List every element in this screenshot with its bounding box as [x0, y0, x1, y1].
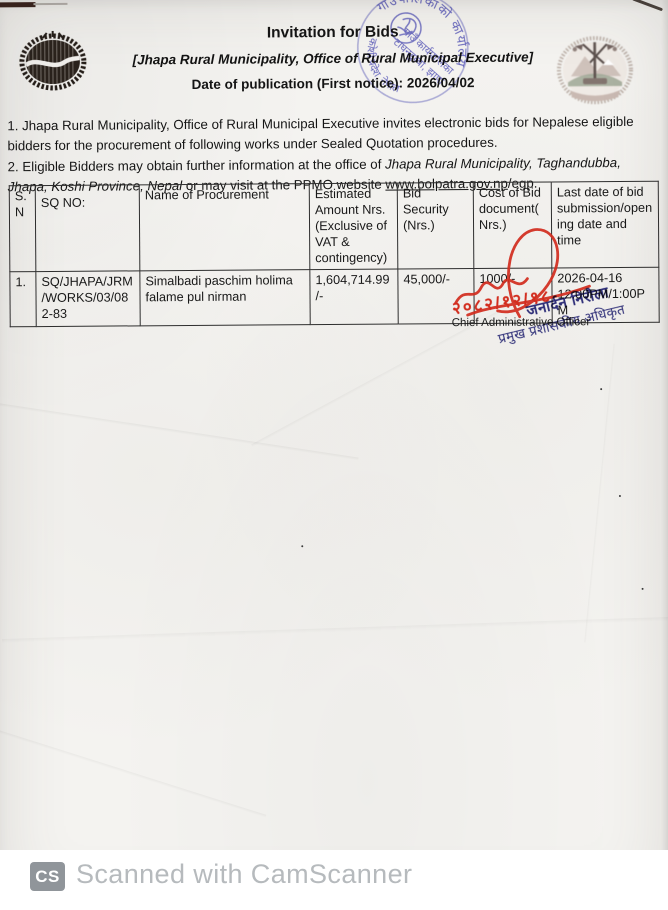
scan-corner-fold: [632, 0, 663, 11]
scan-speck: [600, 388, 602, 390]
scan-edge-shadow: [661, 0, 668, 910]
scan-speck: [301, 545, 303, 547]
nepal-government-emblem-icon: [14, 29, 92, 94]
cell-sq-no: SQ/JHAPA/JRM/WORKS/03/082-83: [36, 271, 140, 326]
paper-crease: [0, 401, 359, 461]
col-header-estimated-amount: Estimated Amount Nrs.(Exclusive of VAT &…: [309, 183, 398, 270]
cell-sn: 1.: [10, 272, 36, 327]
scanned-document-page: Invitation for Bids [Jhapa Rural Municip…: [0, 0, 668, 910]
cell-procurement-name: Simalbadi paschim holima falame pul nirm…: [140, 270, 310, 326]
col-header-sn: S.N: [9, 186, 36, 273]
paper-content: Invitation for Bids [Jhapa Rural Municip…: [0, 0, 668, 910]
paper-crease: [2, 617, 668, 643]
scan-speck: [642, 588, 644, 590]
camscanner-watermark-bar: CS Scanned with CamScanner: [0, 850, 668, 910]
publication-date: Date of publication (First notice): 2026…: [93, 74, 573, 92]
page-title: Invitation for Bids: [93, 22, 573, 43]
scan-corner-line: [33, 3, 67, 5]
paper-crease: [0, 724, 266, 818]
scan-corner-artifact: [0, 2, 36, 7]
paragraph-1: 1. Jhapa Rural Municipality, Office of R…: [7, 112, 655, 155]
col-header-procurement-name: Name of Procurement: [139, 184, 310, 272]
camscanner-watermark-text: Scanned with CamScanner: [76, 859, 412, 890]
scan-speck: [619, 495, 621, 497]
camscanner-logo-icon: CS: [30, 862, 65, 891]
col-header-sq-no: SQ NO:: [35, 185, 140, 272]
cell-estimated-amount: 1,604,714.99/-: [310, 269, 398, 324]
paragraph-2-prefix: 2. Eligible Bidders may obtain further i…: [8, 157, 386, 175]
